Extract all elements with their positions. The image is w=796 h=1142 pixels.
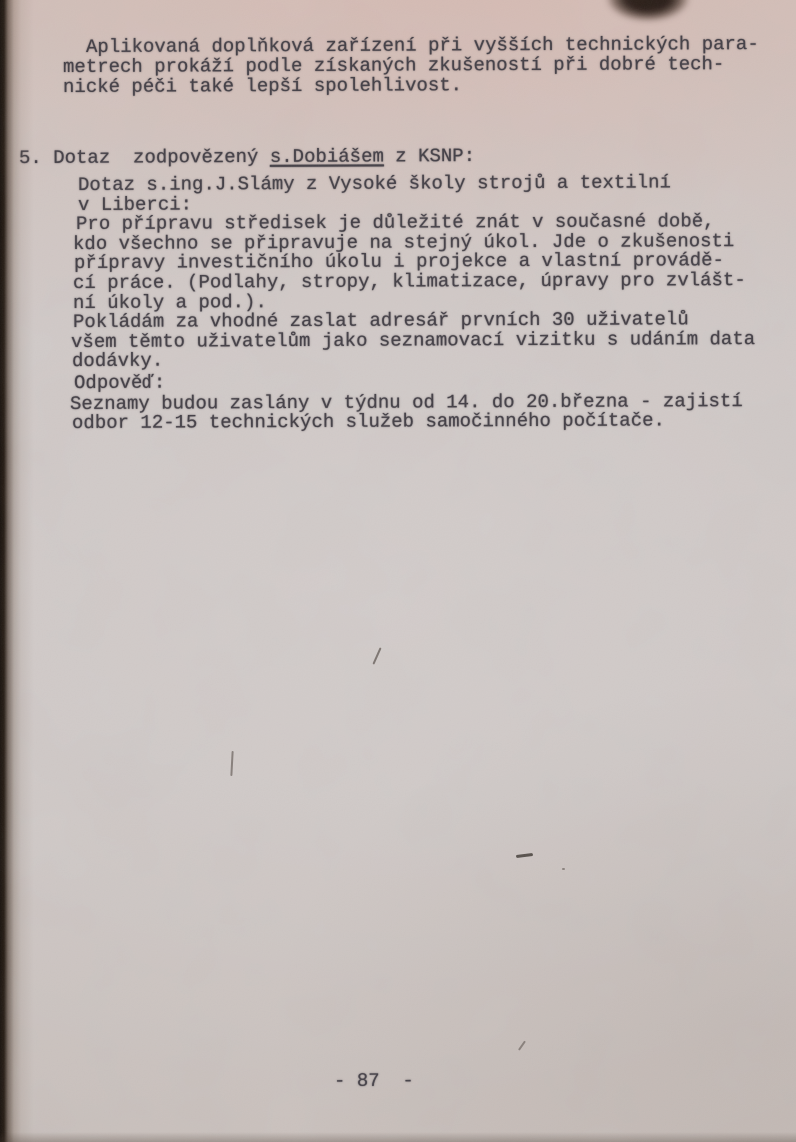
text-line: Dotaz s.ing.J.Slámy z Vysoké školy stroj…	[78, 172, 671, 195]
text-line: dodávky.	[72, 351, 163, 371]
heading-text: 5. Dotaz zodpovězený	[19, 146, 270, 169]
text-line: cí práce. (Podlahy, stropy, klimatizace,…	[73, 270, 746, 293]
question-item-heading: 5. Dotaz zodpovězený s.Dobiášem z KSNP:	[19, 146, 475, 168]
speck-mark	[562, 868, 565, 870]
text-line: odbor 12-15 technických služeb samočinné…	[72, 410, 665, 433]
text-line: všem těmto uživatelům jako seznamovací v…	[71, 329, 755, 352]
bottom-edge-shadow	[0, 1132, 796, 1142]
heading-text: z KSNP:	[384, 145, 475, 167]
text-line: nické péči také lepší spolehlivost.	[63, 75, 462, 97]
answer-label: Odpověď:	[74, 373, 165, 393]
binding-edge-shadow	[0, 0, 34, 1142]
underlined-name: s.Dobiášem	[270, 145, 384, 167]
page-number: - 87 -	[334, 1071, 414, 1091]
typewritten-text: Aplikovaná doplňková zařízení při vyššíc…	[0, 0, 796, 1142]
scanned-page: Aplikovaná doplňková zařízení při vyššíc…	[0, 0, 796, 1142]
